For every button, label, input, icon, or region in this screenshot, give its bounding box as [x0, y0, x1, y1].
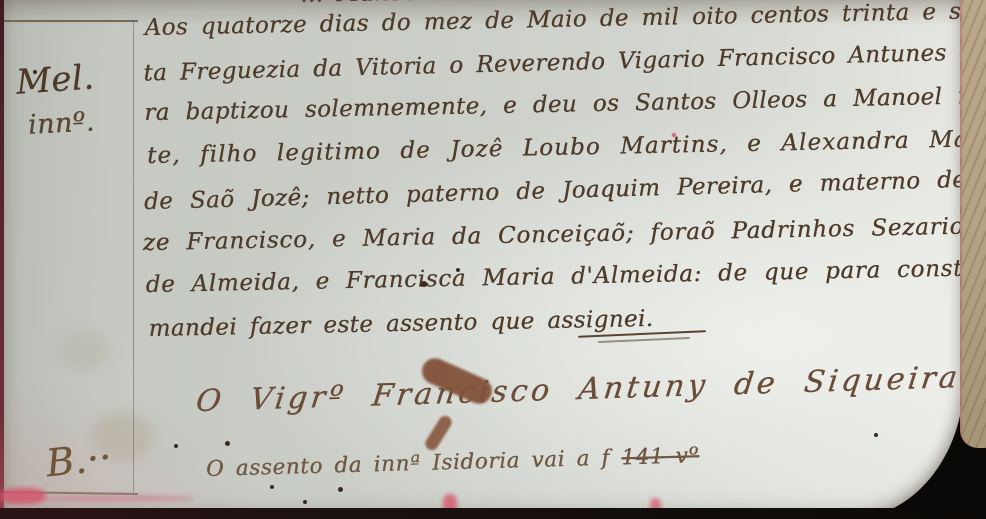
paper-stain — [60, 330, 110, 370]
manuscript-photo: Mel. innº. B.·· … Manoel Antunes de … Ao… — [0, 0, 986, 519]
margin-rule-top — [0, 20, 138, 22]
record-line: te, filho legitimo de Jozê Loubo Martins… — [147, 126, 986, 169]
page-binding-edge — [0, 0, 4, 519]
ink-speck — [270, 485, 274, 489]
ink-speck — [338, 487, 343, 492]
record-line: Aos quatorze dias do mez de Maio de mil … — [144, 0, 986, 41]
record-line: ra baptizou solemnemente, e deu os Santo… — [144, 82, 986, 126]
record-text-block: … Manoel Antunes de … Aos quatorze dias … — [142, 0, 986, 519]
record-line: ze Francisco, e Maria da Conceiçaõ; fora… — [143, 214, 965, 256]
margin-name-abbreviation: Mel. — [15, 57, 96, 102]
adjacent-page-edge — [960, 0, 986, 448]
margin-letter-b: B.·· — [44, 435, 114, 486]
pink-dot — [672, 133, 676, 137]
record-line: ta Freguezia da Vitoria o Reverendo Viga… — [143, 37, 986, 87]
pink-mark — [44, 496, 194, 501]
ink-speck — [456, 268, 460, 272]
record-line: de Almeida, e Francisca Maria d'Almeida:… — [145, 255, 986, 298]
ink-speck — [225, 441, 230, 446]
photo-bottom-dark-band — [0, 508, 986, 519]
ink-speck — [303, 500, 307, 504]
ink-speck — [33, 70, 37, 74]
record-line: de Saõ Jozê; netto paterno de Joaquim Pe… — [144, 166, 986, 215]
ink-speck — [421, 281, 427, 287]
margin-innocent-abbreviation: innº. — [27, 106, 95, 140]
ink-speck — [174, 444, 178, 448]
pink-mark — [0, 488, 46, 504]
ink-speck — [874, 433, 878, 437]
folio-number-struck: 141 vº — [621, 443, 699, 470]
